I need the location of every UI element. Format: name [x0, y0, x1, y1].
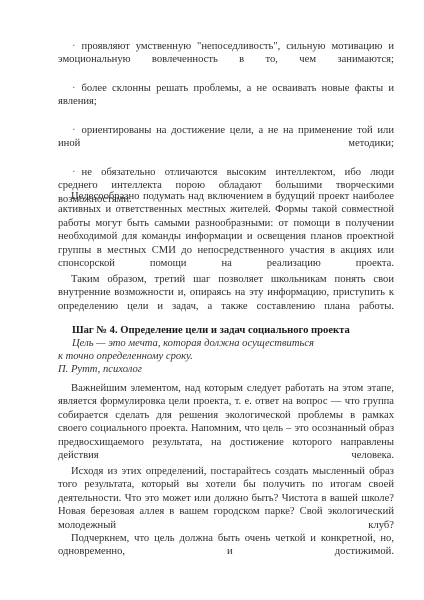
paragraph-summary: Таким образом, третий шаг позволяет школ…: [58, 273, 394, 327]
bullet-marker: ·: [72, 125, 76, 136]
epigraph-line-2: к точно определенному сроку.: [58, 350, 193, 363]
paragraph-involvement: Целесообразно подумать над включением в …: [58, 190, 394, 284]
paragraph-key-element: Важнейшим элементом, над которым следует…: [58, 382, 394, 476]
bullet-text: ориентированы на достижение цели, а не н…: [58, 125, 394, 149]
bullet-text: проявляют умственную "непоседливость", с…: [58, 41, 394, 65]
bullet-item: ·более склонны решать проблемы, а не осв…: [58, 82, 394, 122]
bullet-marker: ·: [72, 83, 76, 94]
section-heading: Шаг № 4. Определение цели и задач социал…: [72, 324, 350, 337]
bullet-text: более склонны решать проблемы, а не осва…: [58, 83, 394, 107]
bullet-marker: ·: [72, 41, 76, 52]
epigraph-line-1: Цель — это мечта, которая должна осущест…: [72, 337, 314, 350]
bullet-item: ·ориентированы на достижение цели, а не …: [58, 124, 394, 164]
bullet-item: ·проявляют умственную "непоседливость", …: [58, 40, 394, 80]
epigraph-author: П. Рутт, психолог: [58, 363, 142, 376]
bullet-marker: ·: [72, 167, 76, 178]
paragraph-emphasis: Подчеркнем, что цель должна быть очень ч…: [58, 532, 394, 572]
